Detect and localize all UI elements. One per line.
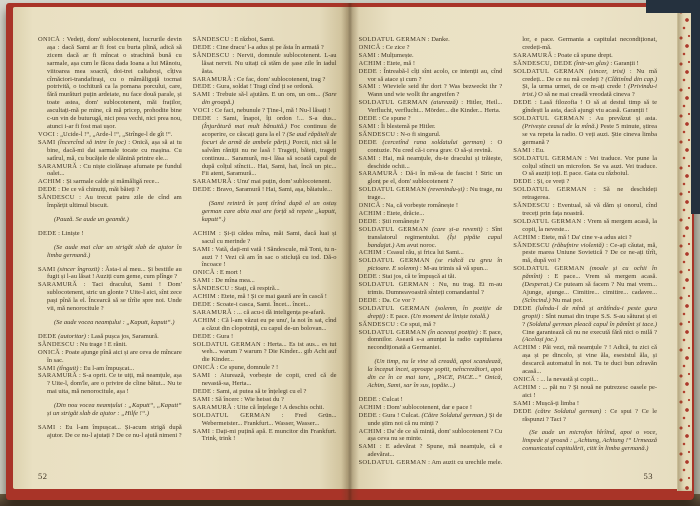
speech: ACHIM : Și-ți cădea mîna, măi Sami, dacă… — [193, 230, 337, 246]
speech: ONICĂ : E mort ! — [193, 269, 337, 277]
speech: SOLDATUL GERMAN (în aceeași poziție) : E… — [359, 329, 503, 353]
speaker-name: SARAMURĂ — [38, 281, 77, 288]
speech: SOLDATUL GERMAN (sincer, trist) : Nu mă … — [513, 68, 657, 100]
speaker-name: SARAMURĂ — [38, 372, 77, 379]
speech: SAMI : E adevărat ? Spune, mă neamțule, … — [359, 443, 503, 459]
speech: SARAMURĂ : Poate că spune drept. — [513, 52, 657, 60]
speaker-name: ACHIM — [513, 384, 536, 391]
speech: DEDE : Lasă filozofia ! O să ai destul t… — [513, 99, 657, 115]
speaker-name: DEDE — [193, 44, 212, 51]
speech: ACHIM : Păi vezi, mă neamțule ? ! Adică,… — [513, 344, 657, 376]
speaker-name: SOLDATUL GERMAN — [513, 68, 584, 75]
speaker-name: DEDE — [193, 83, 212, 90]
speaker-name: ACHIM — [193, 230, 216, 237]
page-right-content: SOLDATUL GERMAN : Danke.ONICĂ : Ce zice … — [359, 36, 658, 465]
speech: DEDE : Știi românește ? — [359, 218, 503, 226]
speech: SĂNDESCU : E război, Sami. — [193, 36, 337, 44]
speech: SOLDATUL GERMAN (solemn, în poziție de d… — [359, 305, 503, 321]
stage-direction: (Se aude vocea neamțului : „Kaputt, kapu… — [38, 319, 182, 327]
speech: DEDE : Gura, soldat ! Tragi cînd ți se o… — [193, 83, 337, 91]
speech: SOLDATUL GERMAN : Au prevăzut și asta. (… — [513, 115, 657, 147]
speaker-name: DEDE — [359, 139, 378, 146]
speech: DEDE : Da. Ce vor ? — [359, 297, 503, 305]
speaker-name: SARAMURĂ — [193, 404, 232, 411]
speech: SOLDATUL GERMAN : Vrem să mergem acasă, … — [513, 218, 657, 234]
speaker-name: VOCI — [193, 107, 210, 114]
inline-stage-direction: (cercetînd rana soldatului german) — [382, 139, 485, 146]
speech: ONICĂ : Poate ajunge pînă aici și are ce… — [38, 349, 182, 365]
speaker-name: SĂNDESCU — [513, 202, 550, 209]
speech: DEDE : Ce spune ? — [359, 115, 503, 123]
speech: DEDE : Gura ! Culcat. (Către Soldatul ge… — [359, 412, 503, 428]
speaker-name: DEDE — [193, 388, 212, 395]
speaker-name: ACHIM — [359, 249, 382, 256]
speaker-name: DEDE — [359, 396, 378, 403]
speech: ACHIM : Și sarmale calde și mămăligă rec… — [38, 178, 182, 186]
speaker-name: SAMI — [193, 277, 210, 284]
speech: SOLDATUL GERMAN : Danke. — [359, 36, 503, 44]
speech: SĂNDESCU : Nu trage ! E rănit. — [38, 341, 182, 349]
speaker-name: SAMI — [38, 139, 55, 146]
speech: SARAMURĂ : Unu' mai puțin, dom' sublocot… — [193, 178, 337, 186]
page-fore-edge — [677, 7, 692, 491]
speaker-name: DEDE — [513, 178, 532, 185]
speech: SĂNDESCU (răbufnire violentă) : Ce-ați c… — [513, 242, 657, 266]
speech: SĂNDESCU, DEDE (într-un glas) : Garanții… — [513, 60, 657, 68]
speaker-name: SAMI — [359, 443, 376, 450]
page-left-content: ONICĂ : Vedeți, dom' sublocotenent, lucr… — [38, 36, 337, 465]
speaker-name: DEDE — [193, 186, 212, 193]
speech: SOLDATUL GERMAN (se ridică cu greu în pi… — [359, 257, 503, 273]
speaker-name: SOLDATUL GERMAN — [359, 257, 430, 264]
speaker-name: ACHIM — [513, 234, 536, 241]
speaker-name: SARAMURĂ — [38, 163, 77, 170]
speech: SARAMURĂ : S-a oprit. Ce te uiți, mă nea… — [38, 372, 182, 396]
speech: SAMI : Vată, dați-mi vată ! Săndescule, … — [193, 246, 337, 270]
speaker-name: SAMI — [193, 396, 210, 403]
speech: SARAMURĂ : Ce fac, dom' sublocotenent, t… — [193, 76, 337, 84]
speaker-name: DEDE — [513, 99, 532, 106]
speech: ACHIM : Etete, mă ! Da' cine v-a adus ai… — [513, 234, 657, 242]
inline-stage-direction: (încercînd să intre în joc) — [58, 139, 126, 146]
speaker-name: SĂNDESCU — [38, 194, 75, 201]
speaker-name: DEDE — [359, 115, 378, 122]
speaker-name: SOLDATUL GERMAN — [193, 412, 270, 419]
speech: VOCI : Ce faci, nebunule ? Ține-l, mă ! … — [193, 107, 337, 115]
speech: ACHIM : Etete, mă ! — [359, 60, 503, 68]
stage-direction: (Pauză. Se aude un geamăt.) — [38, 216, 182, 224]
speaker-name: DEDE — [38, 230, 57, 237]
speech: DEDE : Sami, ai putea să te înțelegi cu … — [193, 388, 337, 396]
speaker-name: DEDE — [359, 218, 378, 225]
speaker-name: SARAMURĂ — [193, 76, 232, 83]
speech: DEDE (către Soldatul german) : Ce spui ?… — [513, 408, 657, 424]
speaker-name: SARAMURĂ — [359, 170, 398, 177]
speaker-name: DEDE — [513, 305, 532, 312]
speaker-name: SĂNDESCU — [513, 242, 550, 249]
speech: SAMI : Dați-mi puțină apă. E muncitor di… — [193, 428, 337, 444]
speaker-name: SAMI — [193, 428, 210, 435]
speaker-name: DEDE — [38, 186, 57, 193]
speech: ONICĂ : Na, că vorbește românește ! — [359, 202, 503, 210]
speaker-name: SOLDATUL GERMAN — [513, 265, 584, 272]
speaker-name: DEDE — [359, 297, 378, 304]
speaker-name: SAMI — [359, 155, 376, 162]
stage-direction: (Se aude mai clar un strigăt slab de aju… — [38, 244, 182, 260]
speech: SĂNDESCU : Nervii, domnule sublocotenent… — [193, 52, 337, 76]
speaker-name: SĂNDESCU — [38, 341, 75, 348]
speech: SAMI : Trebuie să-l ajutăm. E un om, un … — [193, 91, 337, 107]
inline-stage-direction: (aiurează) — [431, 99, 458, 106]
speaker-name: ONICĂ — [513, 376, 535, 383]
speech: ACHIM : Da' de ce să mintă, dom' subloco… — [359, 428, 503, 444]
speaker-name: SĂNDESCU — [359, 321, 396, 328]
speaker-name: SAMI — [359, 123, 376, 130]
speaker-name: SAMI — [193, 372, 210, 379]
speaker-name: SOLDATUL GERMAN — [359, 281, 429, 288]
speech: ACHIM : Etete, mă ! Și ce mai gaură are … — [193, 293, 337, 301]
speech: DEDE : Stai jos, că te împușcă ai tăi. — [359, 273, 503, 281]
speech: SARAMURĂ : Cu niște ciolănașe afumate pe… — [38, 163, 182, 179]
speaker-name: SAMI — [359, 83, 376, 90]
speech: SOLDATUL GERMAN (care și-a revenit) : Sî… — [359, 226, 503, 250]
speaker-name: DEDE — [193, 115, 212, 122]
speaker-name: DEDE — [359, 68, 378, 75]
speech: SĂNDESCU : Stați, că respiră... — [193, 285, 337, 293]
speech: SARAMURĂ : Dă-i în mă-sa de fascist ! St… — [359, 170, 503, 186]
open-book: ONICĂ : Vedeți, dom' sublocotenent, lucr… — [6, 3, 694, 500]
inline-stage-direction: (către Soldatul german) — [535, 408, 601, 415]
stage-direction: (Se aude un microfon hîrîind, apoi o voc… — [513, 429, 657, 453]
inline-stage-direction: (revenindu-și) — [428, 186, 465, 193]
speech: SĂNDESCU : Au trecut patru zile de cînd … — [38, 194, 182, 210]
speech: ACHIM : Că l-am văzut eu pe unu', la noi… — [193, 317, 337, 333]
speech: ONICĂ : Ce zice ? — [359, 44, 503, 52]
speech: SOLDATUL GERMAN : Vei traduce. Vor pune … — [513, 155, 657, 179]
book-photo: ONICĂ : Vedeți, dom' sublocotenent, lucr… — [0, 0, 700, 506]
speech: SAMI : Aiurează, vorbește de copii, cred… — [193, 372, 337, 388]
speech: SARAMURĂ : ... că acu-i dă inteligența p… — [193, 309, 337, 317]
page-number: 52 — [38, 471, 48, 481]
inline-stage-direction: (sincer, trist) — [589, 68, 625, 75]
speaker-name: ONICĂ — [38, 36, 60, 43]
speaker-name: SAMI — [193, 91, 210, 98]
speaker-name: SOLDATUL GERMAN — [359, 36, 427, 43]
speaker-name: SĂNDESCU, DEDE — [513, 60, 572, 67]
speech: SAMI : Mulțumește. — [359, 52, 503, 60]
speaker-name: ACHIM — [359, 60, 382, 67]
speech: SOLDATUL GERMAN (revenindu-și) : Nu trag… — [359, 186, 503, 202]
speech: ONICĂ : Ce spune, domnule ? ! — [193, 364, 337, 372]
speech: SOLDATUL GERMAN : Nu, nu trag. Ei m-au t… — [359, 281, 503, 297]
text-column: SOLDATUL GERMAN : Danke.ONICĂ : Ce zice … — [359, 36, 503, 465]
speech: SĂNDESCU : N-o fi singurul. — [359, 131, 503, 139]
stage-direction: (Un timp, nu le vine să creadă, apoi sca… — [359, 358, 503, 390]
speech: ACHIM : Dom' sublocotenent, dar e pace ! — [359, 404, 503, 412]
text-column: ONICĂ : Vedeți, dom' sublocotenent, lucr… — [38, 36, 182, 465]
speech: DEDE : De ce vă chinuiți, măi băieți ? — [38, 186, 182, 194]
speaker-name: SARAMURĂ — [193, 309, 232, 316]
speech: SAMI : Hai, mă neamțule, du-te dracului … — [359, 155, 503, 171]
speech: DEDE : Culcat ! — [359, 396, 503, 404]
speaker-name: DEDE — [359, 273, 378, 280]
speaker-name: ACHIM — [193, 317, 216, 324]
speaker-name: SOLDATUL GERMAN — [359, 305, 430, 312]
speech: SAMI (încercînd să intre în joc) : Onică… — [38, 139, 182, 163]
speaker-name: DEDE — [513, 408, 532, 415]
speaker-name: SOLDATUL GERMAN — [513, 186, 586, 193]
speaker-name: SĂNDESCU — [193, 36, 230, 43]
speech: DEDE (luîndu-l de mînă și arătîndu-i pes… — [513, 305, 657, 345]
inline-stage-direction: (autoritar) — [58, 333, 86, 340]
speaker-name: ONICĂ — [359, 202, 381, 209]
speech: DEDE : Liniște ! — [38, 230, 182, 238]
speech: ONICĂ : Vedeți, dom' sublocotenent, lucr… — [38, 36, 182, 131]
speaker-name: DEDE — [193, 301, 212, 308]
speech: VOCI : „Ucide-l !“, „Arde-l !“, „Strînge… — [38, 131, 182, 139]
text-column: SĂNDESCU : E război, Sami.DEDE : Cine dr… — [193, 36, 337, 465]
speech: SOLDATUL GERMAN : Herta... Es ist aus...… — [193, 341, 337, 365]
speaker-name: SAMI — [359, 52, 376, 59]
speech: SARAMURĂ : Taci dracului, Sami ! Dom' su… — [38, 281, 182, 313]
speaker-name: SOLDATUL GERMAN — [513, 115, 584, 122]
page-right: SOLDATUL GERMAN : Danke.ONICĂ : Ce zice … — [346, 7, 679, 489]
speech: SAMI : Îi blestemă pe Hitler. — [359, 123, 503, 131]
speech: DEDE (autoritar) : Lasă pușca jos, Saram… — [38, 333, 182, 341]
speaker-name: ONICĂ — [359, 44, 381, 51]
speaker-name: SOLDATUL GERMAN — [193, 341, 261, 348]
speech: SAMI : Să încerc : Wie heisst du ? — [193, 396, 337, 404]
speaker-name: SAMI — [38, 266, 55, 273]
speech: SOLDATUL GERMAN (aiurează) : Hitler, Hei… — [359, 99, 503, 115]
speaker-name: SOLDATUL GERMAN — [359, 99, 428, 106]
speaker-name: SAMI — [193, 246, 210, 253]
speaker-name: SAMI — [513, 400, 530, 407]
speech: DEDE (cercetînd rana soldatului german) … — [359, 139, 503, 155]
speech: SOLDATUL GERMAN : Fred Grün... Webermeis… — [193, 412, 337, 428]
speech: ONICĂ : ... la nevastă și copii... — [513, 376, 657, 384]
text-column: lor, e pace. Germania a capitulat necond… — [513, 36, 657, 465]
speaker-name: SOLDATUL GERMAN — [359, 226, 429, 233]
speaker-name: SARAMURĂ — [513, 52, 552, 59]
speech: DEDE : Scoate-i casca, Sami. Încet... în… — [193, 301, 337, 309]
speaker-name: SARAMURĂ — [193, 178, 232, 185]
speaker-name: DEDE — [359, 412, 378, 419]
speaker-name: SAMI — [38, 424, 55, 431]
speaker-name: SOLDATUL GERMAN — [513, 218, 581, 225]
inline-stage-direction: (care și-a revenit) — [432, 226, 483, 233]
speaker-name: SOLDATUL GERMAN — [359, 186, 427, 193]
inline-stage-direction: (în aceeași poziție) — [428, 329, 478, 336]
speech: DEDE : Întreabă-l cîți sînt acolo, ce in… — [359, 68, 503, 84]
speaker-name: DEDE — [193, 333, 212, 340]
speaker-name: SAMI — [38, 365, 55, 372]
page-number: 53 — [644, 471, 654, 481]
speech: SOLDATUL GERMAN : Să ne deschideți retra… — [513, 186, 657, 202]
speech: DEDE : Și, ce vreți ? — [513, 178, 657, 186]
speech: ACHIM : ... păi nu ? Și nouă ne putrezes… — [513, 384, 657, 400]
speech: DEDE : Cine dracu' l-a adus și pe ăsta î… — [193, 44, 337, 52]
speech: ACHIM : Etete, drăcie... — [359, 210, 503, 218]
speaker-name: VOCI — [38, 131, 55, 138]
speaker-name: ONICĂ — [193, 364, 215, 371]
speaker-name: ACHIM — [193, 293, 216, 300]
speaker-name: SAMI — [513, 147, 530, 154]
inline-stage-direction: (luîndu-l de mînă și arătîndu-i peste gu… — [522, 305, 657, 320]
stage-direction: (Sami reintră în șanț tîrînd după el un … — [193, 200, 337, 224]
inline-stage-direction: (tînguit) — [57, 365, 78, 372]
continuation-text: lor, e pace. Germania a capitulat necond… — [513, 36, 657, 52]
speech: DEDE : Sami, înapoi, îți ordon !... S-a … — [193, 115, 337, 178]
speech: SOLDATUL GERMAN (moale și cu ochii în pă… — [513, 265, 657, 305]
speaker-name: ONICĂ — [38, 349, 60, 356]
speaker-name: DEDE — [38, 333, 57, 340]
inline-stage-direction: (într-un glas) — [574, 60, 609, 67]
speaker-name: ACHIM — [359, 404, 382, 411]
speech: SAMI : Mușcă-ți limba ! — [513, 400, 657, 408]
inline-stage-direction: (sincer îngrozit) — [57, 266, 99, 273]
speaker-name: ACHIM — [359, 428, 382, 435]
speech: DEDE : Bravo, Saramură ! Hai, Sami, așa,… — [193, 186, 337, 194]
inline-stage-direction: (răbufnire violentă) — [552, 242, 604, 249]
speaker-name: SOLDATUL GERMAN — [513, 155, 582, 162]
speaker-name: ACHIM — [359, 210, 382, 217]
speech: SĂNDESCU : Eventual, să vă dăm și onorul… — [513, 202, 657, 218]
speech: SARAMURĂ : Uite că înțelege ! A deschis … — [193, 404, 337, 412]
speaker-name: SOLDATUL GERMAN — [359, 329, 427, 336]
background-corner — [691, 0, 700, 214]
speech: SAMI : De mîna mea... — [193, 277, 337, 285]
speaker-name: ACHIM — [513, 344, 536, 351]
speaker-name: SĂNDESCU — [359, 131, 396, 138]
speech: SOLDATUL GERMAN : Am auzit cu urechile m… — [359, 459, 503, 465]
speaker-name: ONICĂ — [193, 269, 215, 276]
speaker-name: ACHIM — [38, 178, 61, 185]
page-spread: ONICĂ : Vedeți, dom' sublocotenent, lucr… — [13, 7, 678, 489]
stage-direction: (Din nou vocea neamțului : „Kaputt“, „Ka… — [38, 402, 182, 418]
speech: SAMI : Eu l-am împușcat... Și-acum strig… — [38, 424, 182, 440]
speaker-name: SĂNDESCU — [193, 285, 230, 292]
page-left: ONICĂ : Vedeți, dom' sublocotenent, lucr… — [13, 7, 346, 489]
speech: SAMI (sincer îngrozit) : Ăsta-i al meu..… — [38, 266, 182, 282]
speaker-name: SOLDATUL GERMAN — [359, 459, 427, 465]
speaker-name: SĂNDESCU — [193, 52, 230, 59]
speech: SAMI : Eu. — [513, 147, 657, 155]
speech: SĂNDESCU : Ce spui, mă ? — [359, 321, 503, 329]
speech: SAMI : Wieviele seid ihr dort ? Was bezw… — [359, 83, 503, 99]
speech: DEDE : Gura ! — [193, 333, 337, 341]
speech: ACHIM : Ceasul rău, și frica lui Sami... — [359, 249, 503, 257]
